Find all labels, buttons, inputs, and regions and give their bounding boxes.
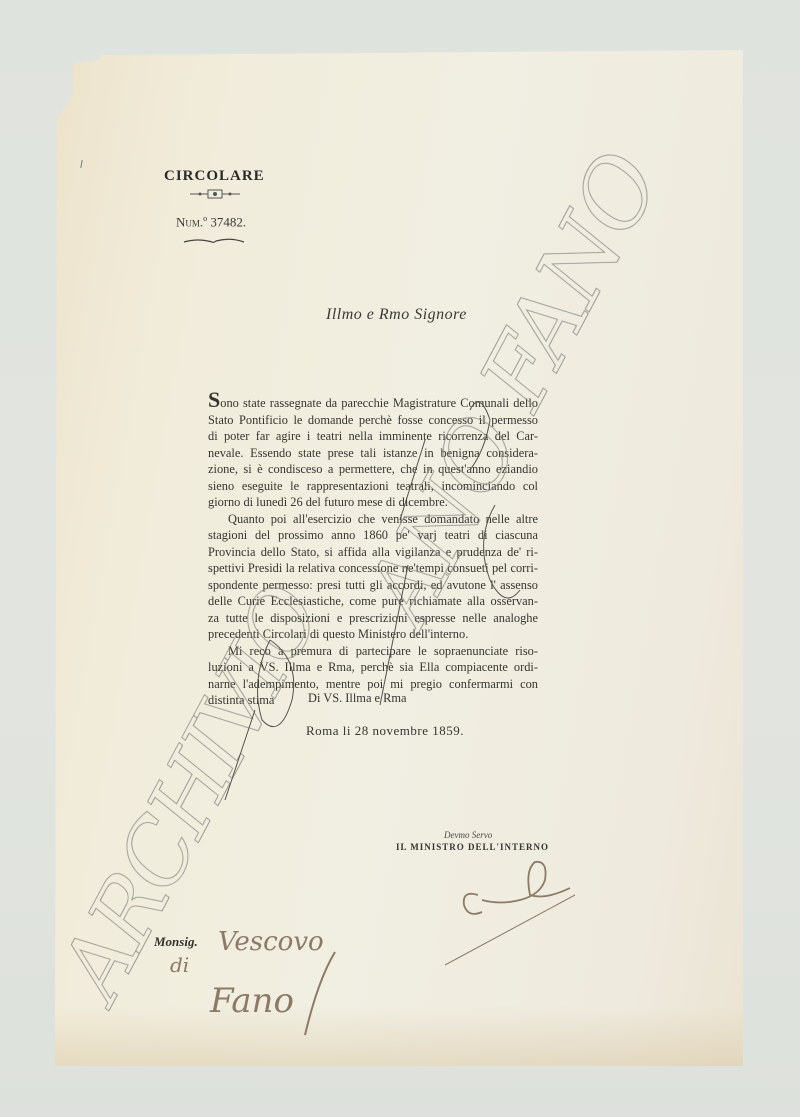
number-value: 37482. bbox=[210, 214, 246, 229]
body-line: narne l'adempimento, mentre poi mi pregi… bbox=[208, 676, 538, 693]
body-paragraph: Sono state rassegnate da parecchie Magis… bbox=[208, 395, 538, 511]
drop-cap: S bbox=[208, 387, 220, 412]
body-line: precedenti Circolari di questo Ministero… bbox=[208, 626, 538, 643]
number-label: Num. bbox=[176, 214, 203, 229]
body-line: Quanto poi all'esercizio che venisse dom… bbox=[208, 511, 538, 528]
body-line: di poter far agire i teatri nella immine… bbox=[208, 428, 538, 445]
number-sup: o bbox=[203, 214, 207, 223]
valediction: Devmo Servo bbox=[444, 830, 492, 840]
body-line: giorno di lunedì 26 del futuro mese di d… bbox=[208, 494, 538, 511]
circular-title: CIRCOLARE bbox=[164, 168, 265, 185]
circular-number: Num.o 37482. bbox=[176, 214, 246, 230]
body-line: Sono state rassegnate da parecchie Magis… bbox=[208, 395, 538, 412]
body-line: nevale. Essendo state prese tali istanze… bbox=[208, 445, 538, 462]
body-line: stagioni del prossimo anno 1860 pe' varj… bbox=[208, 527, 538, 544]
addressee-prefix: Monsig. bbox=[154, 934, 198, 950]
swash-ornament bbox=[182, 236, 246, 246]
body-line: spettivi Presidi la relativa concessione… bbox=[208, 560, 538, 577]
salutation: Illmo e Rmo Signore bbox=[326, 306, 467, 324]
body-line: sieno eseguite le rappresentazioni teatr… bbox=[208, 478, 538, 495]
body-line: za tutte le disposizioni e prescrizioni … bbox=[208, 610, 538, 627]
body-line: luzioni a VS. Illma e Rma, perchè sia El… bbox=[208, 659, 538, 676]
place-date: Roma li 28 novembre 1859. bbox=[306, 723, 464, 739]
closing-formula: Di VS. Illma e Rma bbox=[308, 691, 407, 706]
body-line: Stato Pontificio le domande perchè fosse… bbox=[208, 412, 538, 429]
body-paragraph: Quanto poi all'esercizio che venisse dom… bbox=[208, 511, 538, 643]
minister-title: IL MINISTRO DELL'INTERNO bbox=[396, 842, 549, 852]
body-line: Mi reco a premura di partecipare le sopr… bbox=[208, 643, 538, 660]
body-line: spondente permesso: presi tutti gli acco… bbox=[208, 577, 538, 594]
letter-body: Sono state rassegnate da parecchie Magis… bbox=[208, 395, 538, 709]
body-line: delle Curie Ecclesiastiche, come pure ri… bbox=[208, 593, 538, 610]
ornament-divider bbox=[190, 188, 240, 200]
body-line: zione, si è condisceso a permettere, che… bbox=[208, 461, 538, 478]
body-line: Provincia dello Stato, si affida alla vi… bbox=[208, 544, 538, 561]
